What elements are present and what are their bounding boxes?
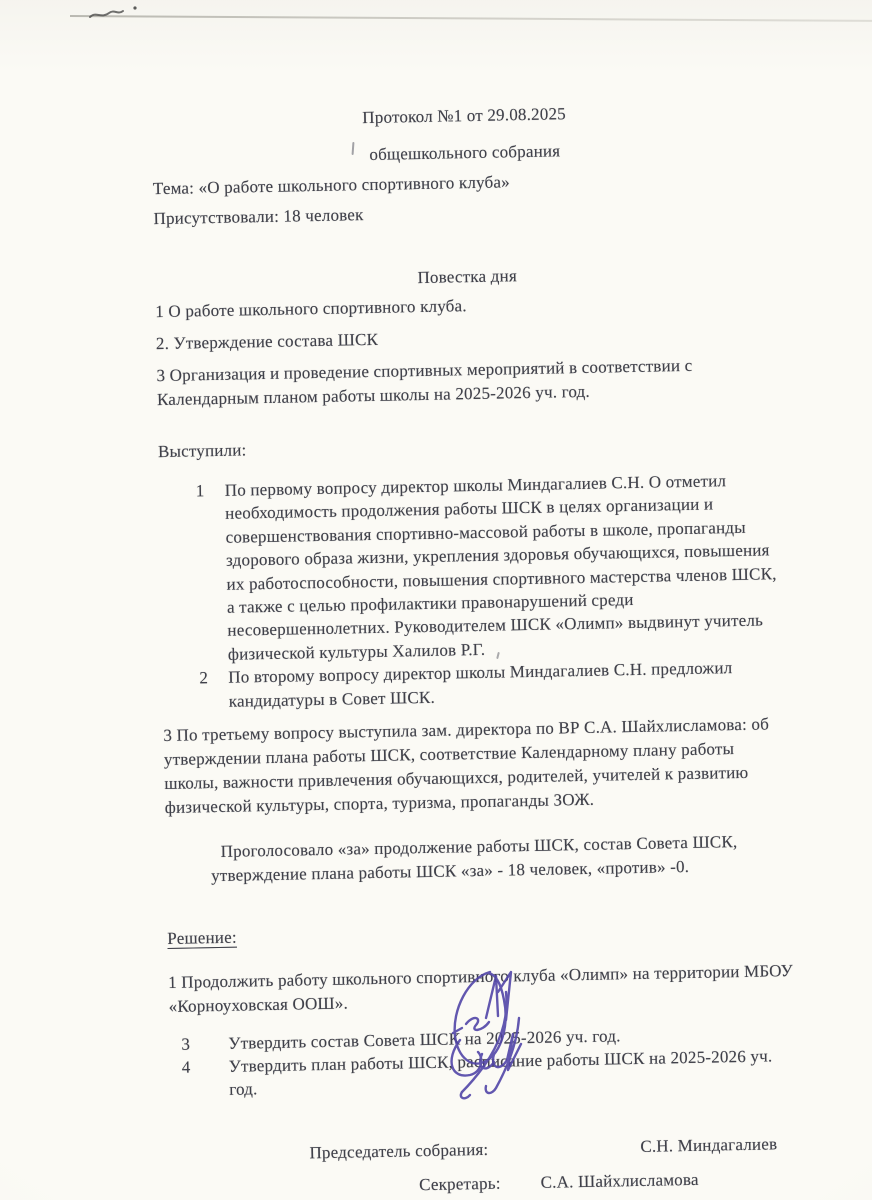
- speakers-list: 1 По первому вопросу директор школы Минд…: [159, 468, 788, 714]
- secretary-signature-row: Секретарь:С.А. Шайхлисламова: [172, 1166, 797, 1200]
- signatures-block: Председатель собрания:С.Н. Миндагалиев С…: [171, 1132, 797, 1200]
- chairman-signature-row: Председатель собрания:С.Н. Миндагалиев: [171, 1132, 796, 1167]
- topic-line: Тема: «О работе школьного спортивного кл…: [153, 165, 778, 200]
- speakers-paragraph-3: 3 По третьему вопросу выступила зам. дир…: [163, 712, 790, 820]
- speakers-item-2-text: По второму вопросу директор школы Миндаг…: [228, 655, 788, 713]
- document-subtitle: общешкольного собрания: [152, 135, 777, 170]
- speakers-item-1-text: По первому вопросу директор школы Миндаг…: [225, 468, 787, 666]
- attendees-line: Присутствовали: 18 человек: [153, 195, 778, 230]
- agenda-item-2: 2. Утверждение состава ШСК: [156, 320, 781, 355]
- document-title: Протокол №1 от 29.08.2025: [151, 98, 776, 133]
- decision-item-3-number: 3: [181, 1033, 197, 1056]
- secretary-name: С.А. Шайхлисламова: [540, 1170, 698, 1192]
- vote-result-paragraph: Проголосовало «за» продолжение работы ШС…: [210, 830, 751, 888]
- decision-heading: Решение:: [167, 915, 792, 950]
- speakers-item-1: 1 По первому вопросу директор школы Минд…: [159, 468, 787, 667]
- speakers-item-2-number: 2: [199, 666, 216, 713]
- chairman-label: Председатель собрания:: [309, 1140, 488, 1162]
- speakers-item-1-number: 1: [196, 479, 216, 667]
- agenda-heading: Повестка дня: [155, 259, 780, 294]
- secretary-label: Секретарь:: [419, 1174, 501, 1195]
- scanned-document-page: Протокол №1 от 29.08.2025 общешкольного …: [0, 0, 872, 1200]
- agenda-item-3: 3 Организация и проведение спортивных ме…: [156, 352, 782, 412]
- decision-item-4-number: 4: [182, 1056, 199, 1102]
- agenda-item-1: 1 О работе школьного спортивного клуба.: [155, 288, 780, 323]
- speakers-heading: Выступили:: [158, 428, 783, 463]
- chairman-name: С.Н. Миндагалиев: [640, 1134, 777, 1156]
- handwritten-signature: [432, 962, 556, 1102]
